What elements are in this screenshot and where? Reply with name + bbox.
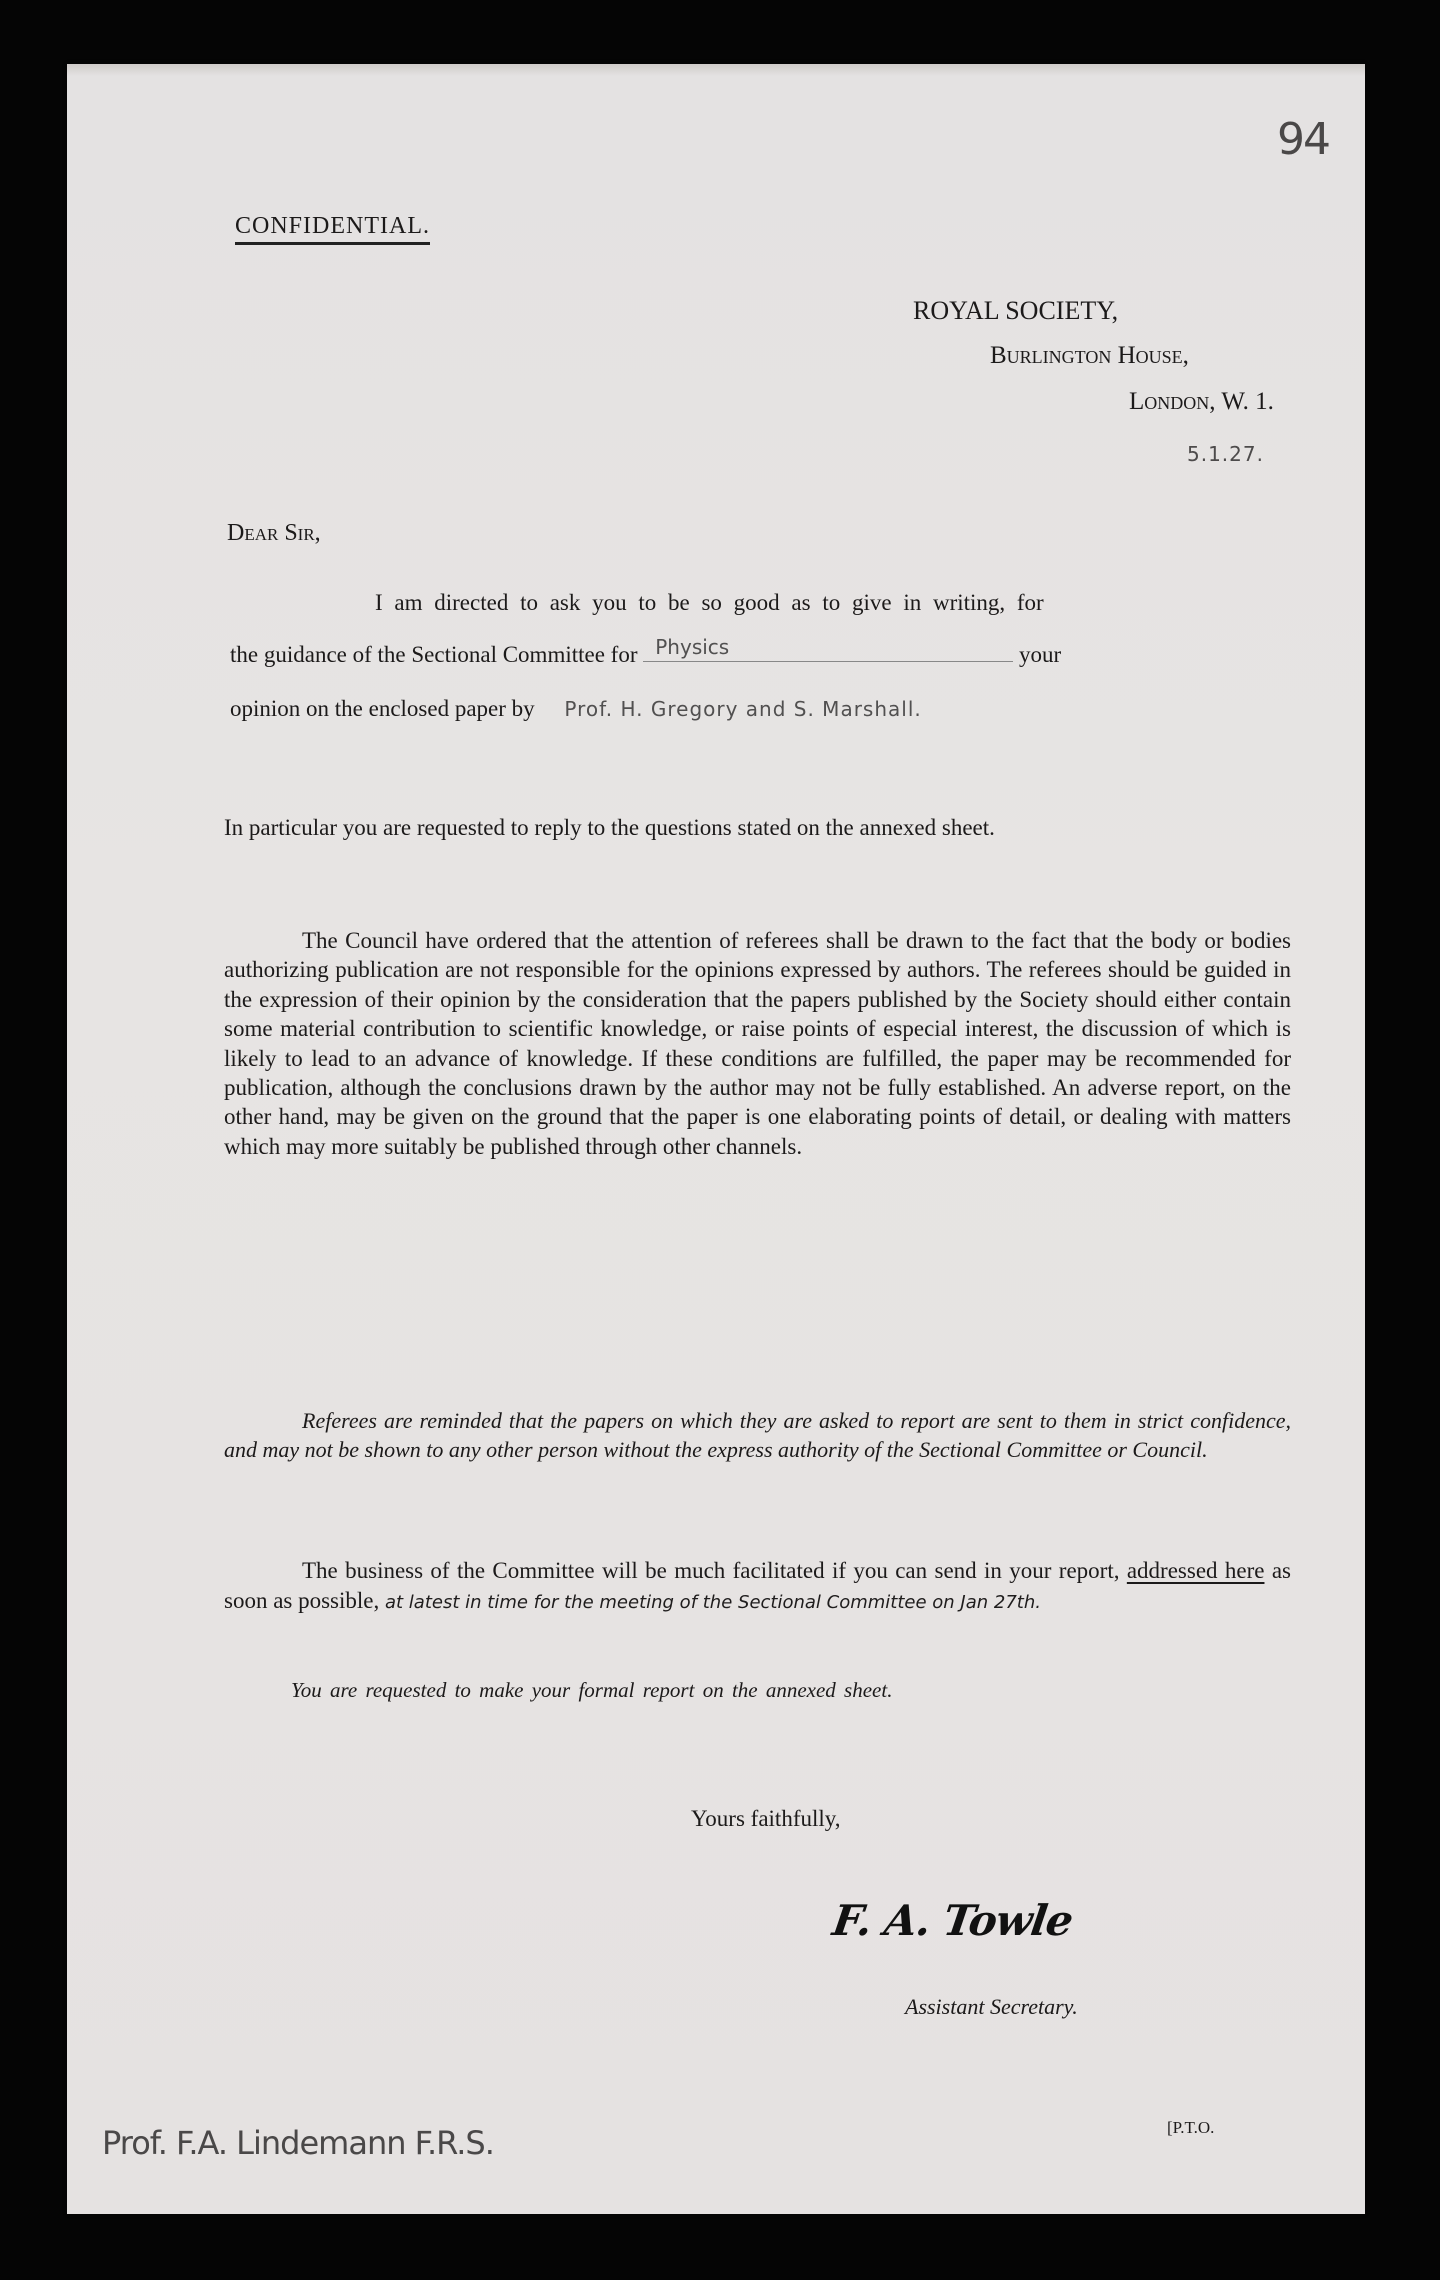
handwritten-deadline: at latest in time for the meeting of the… xyxy=(385,1592,1041,1613)
handwritten-date: 5.1.27. xyxy=(1187,442,1264,466)
authors-handwritten: Prof. H. Gregory and S. Marshall. xyxy=(564,697,921,721)
folio-number: 94 xyxy=(1277,114,1329,165)
letter-page: 94 CONFIDENTIAL. ROYAL SOCIETY, Burlingt… xyxy=(67,64,1365,2214)
request-line-2: the guidance of the Sectional Committee … xyxy=(230,642,1061,668)
committee-handwritten: Physics xyxy=(655,635,729,659)
particular-paragraph: In particular you are requested to reply… xyxy=(224,810,1291,846)
signature: F. A. Towle xyxy=(830,1896,1076,1945)
business-paragraph: The business of the Committee will be mu… xyxy=(224,1556,1291,1618)
confidential-heading: CONFIDENTIAL. xyxy=(235,214,430,245)
letterhead-address-line1: Burlington House, xyxy=(990,342,1189,370)
committee-fill-line: Physics xyxy=(643,661,1013,662)
request-line-2-suffix: your xyxy=(1019,642,1061,667)
request-line-1: I am directed to ask you to be so good a… xyxy=(375,590,1044,616)
confidentiality-paragraph: Referees are reminded that the papers on… xyxy=(224,1406,1291,1464)
signatory-title: Assistant Secretary. xyxy=(905,1994,1078,2020)
request-line-2-prefix: the guidance of the Sectional Committee … xyxy=(230,642,638,667)
salutation: Dear Sir, xyxy=(227,520,321,547)
letterhead-address-line2: London, W. 1. xyxy=(1129,388,1274,416)
pto-marker: [P.T.O. xyxy=(1167,2118,1214,2138)
request-line-3: opinion on the enclosed paper by Prof. H… xyxy=(230,696,922,722)
addressee-handwritten: Prof. F.A. Lindemann F.R.S. xyxy=(102,2124,494,2162)
business-text-before: The business of the Committee will be mu… xyxy=(302,1558,1119,1583)
formal-report-note: You are requested to make your formal re… xyxy=(291,1678,892,1703)
letterhead-organization: ROYAL SOCIETY, xyxy=(913,296,1118,326)
request-line-3-prefix: opinion on the enclosed paper by xyxy=(230,696,535,721)
addressed-here-underlined: addressed here xyxy=(1127,1558,1265,1583)
closing: Yours faithfully, xyxy=(691,1806,841,1832)
council-paragraph: The Council have ordered that the attent… xyxy=(224,926,1291,1161)
